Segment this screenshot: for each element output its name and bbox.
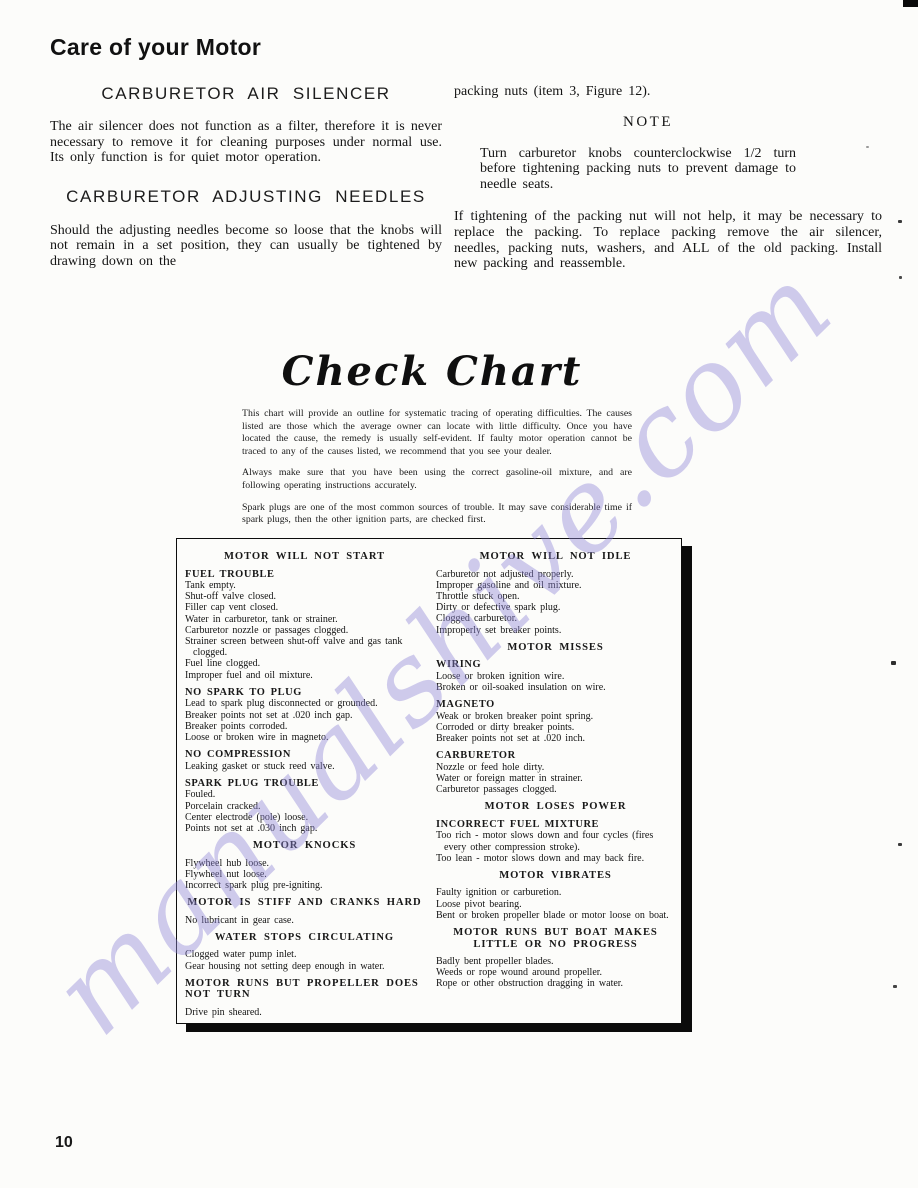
chart-section-header: MOTOR VIBRATES [436, 870, 675, 882]
chart-group-label: MAGNETO [436, 699, 675, 711]
chart-cause-group: Flywheel hub loose.Flywheel nut loose.In… [185, 858, 424, 892]
chart-cause-group: INCORRECT FUEL MIXTUREToo rich - motor s… [436, 819, 675, 864]
chart-section-header: MOTOR MISSES [436, 642, 675, 654]
chart-cause-item: Breaker points not set at .020 inch. [436, 733, 675, 744]
chart-cause-item: Breaker points not set at .020 inch gap. [185, 710, 424, 721]
chart-cause-group: FUEL TROUBLETank empty.Shut-off valve cl… [185, 569, 424, 681]
chart-cause-item: Bent or broken propeller blade or motor … [436, 910, 675, 921]
chart-cause-item: Shut-off valve closed. [185, 591, 424, 602]
chart-cause-item: Broken or oil-soaked insulation on wire. [436, 682, 675, 693]
chart-cause-group: MAGNETOWeak or broken breaker point spri… [436, 699, 675, 744]
chart-section-header: MOTOR LOSES POWER [436, 801, 675, 813]
chart-cause-item: Loose or broken wire in magneto. [185, 732, 424, 743]
continuation-paragraph: packing nuts (item 3, Figure 12). [454, 84, 882, 100]
chart-cause-group: NO COMPRESSIONLeaking gasket or stuck re… [185, 749, 424, 772]
chart-column-motor-will-not-idle: MOTOR WILL NOT IDLECarburetor not adjust… [436, 549, 675, 1017]
chart-cause-item: Carburetor nozzle or passages clogged. [185, 625, 424, 636]
chart-cause-item: Fouled. [185, 789, 424, 800]
chart-section-header: MOTOR RUNS BUT PROPELLER DOES NOT TURN [185, 978, 424, 1001]
note-paragraph: Turn carburetor knobs counterclockwise 1… [480, 146, 796, 193]
adjusting-needles-heading: CARBURETOR ADJUSTING NEEDLES [50, 187, 442, 207]
chart-cause-item: Breaker points corroded. [185, 721, 424, 732]
chart-cause-item: Improperly set breaker points. [436, 625, 675, 636]
chart-cause-group: Badly bent propeller blades.Weeds or rop… [436, 956, 675, 990]
chart-cause-item: Drive pin sheared. [185, 1007, 424, 1018]
right-text-column: packing nuts (item 3, Figure 12). NOTE T… [454, 84, 882, 272]
chart-cause-item: Flywheel hub loose. [185, 858, 424, 869]
scan-speck [898, 220, 902, 223]
chart-cause-item: Dirty or defective spark plug. [436, 602, 675, 613]
page-title: Care of your Motor [50, 34, 261, 61]
chart-cause-item: No lubricant in gear case. [185, 915, 424, 926]
chart-group-label: INCORRECT FUEL MIXTURE [436, 819, 675, 831]
chart-cause-item: Leaking gasket or stuck reed valve. [185, 761, 424, 772]
chart-cause-item: Clogged water pump inlet. [185, 949, 424, 960]
page-number: 10 [55, 1134, 73, 1152]
chart-cause-group: NO SPARK TO PLUGLead to spark plug disco… [185, 687, 424, 743]
chart-cause-item: Clogged carburetor. [436, 613, 675, 624]
chart-cause-item: Faulty ignition or carburetion. [436, 887, 675, 898]
check-chart-intro: This chart will provide an outline for s… [242, 408, 632, 536]
chart-group-label: NO COMPRESSION [185, 749, 424, 761]
chart-cause-item: Porcelain cracked. [185, 801, 424, 812]
chart-section-header: MOTOR KNOCKS [185, 840, 424, 852]
chart-cause-group: Clogged water pump inlet.Gear housing no… [185, 949, 424, 971]
chart-cause-item: Carburetor not adjusted properly. [436, 569, 675, 580]
chart-cause-item: Improper fuel and oil mixture. [185, 670, 424, 681]
chart-cause-item: Fuel line clogged. [185, 658, 424, 669]
scan-corner-mark [903, 0, 918, 7]
chart-cause-item: Throttle stuck open. [436, 591, 675, 602]
chart-section-header: WATER STOPS CIRCULATING [185, 932, 424, 944]
chart-group-label: SPARK PLUG TROUBLE [185, 778, 424, 790]
scan-speck [899, 276, 902, 279]
check-chart-box: MOTOR WILL NOT STARTFUEL TROUBLETank emp… [176, 538, 682, 1024]
packing-replacement-paragraph: If tightening of the packing nut will no… [454, 209, 882, 271]
chart-cause-item: Points not set at .030 inch gap. [185, 823, 424, 834]
air-silencer-paragraph: The air silencer does not function as a … [50, 119, 442, 166]
chart-cause-item: Corroded or dirty breaker points. [436, 722, 675, 733]
chart-cause-item: Improper gasoline and oil mixture. [436, 580, 675, 591]
chart-cause-item: Badly bent propeller blades. [436, 956, 675, 967]
chart-cause-group: No lubricant in gear case. [185, 915, 424, 926]
chart-section-header: MOTOR IS STIFF AND CRANKS HARD [185, 897, 424, 909]
chart-cause-item: Gear housing not setting deep enough in … [185, 961, 424, 972]
chart-cause-item: Loose pivot bearing. [436, 899, 675, 910]
chart-cause-item: Center electrode (pole) loose. [185, 812, 424, 823]
left-text-column: CARBURETOR AIR SILENCER The air silencer… [50, 84, 442, 270]
chart-section-header: MOTOR WILL NOT START [185, 551, 424, 563]
chart-cause-group: Carburetor not adjusted properly.Imprope… [436, 569, 675, 636]
chart-section-header: MOTOR RUNS BUT BOAT MAKES LITTLE OR NO P… [436, 927, 675, 950]
chart-cause-item: Too rich - motor slows down and four cyc… [436, 830, 675, 852]
scan-speck [891, 661, 896, 665]
chart-group-label: FUEL TROUBLE [185, 569, 424, 581]
chart-cause-group: Drive pin sheared. [185, 1007, 424, 1018]
chart-cause-item: Weak or broken breaker point spring. [436, 711, 675, 722]
chart-cause-item: Tank empty. [185, 580, 424, 591]
chart-cause-item: Lead to spark plug disconnected or groun… [185, 698, 424, 709]
chart-cause-item: Water or foreign matter in strainer. [436, 773, 675, 784]
adjusting-needles-paragraph: Should the adjusting needles become so l… [50, 223, 442, 270]
chart-cause-item: Incorrect spark plug pre-igniting. [185, 880, 424, 891]
chart-cause-item: Water in carburetor, tank or strainer. [185, 614, 424, 625]
note-heading: NOTE [454, 114, 842, 131]
chart-cause-item: Nozzle or feed hole dirty. [436, 762, 675, 773]
chart-cause-item: Too lean - motor slows down and may back… [436, 853, 675, 864]
chart-cause-group: CARBURETORNozzle or feed hole dirty.Wate… [436, 750, 675, 795]
chart-cause-item: Loose or broken ignition wire. [436, 671, 675, 682]
chart-column-motor-will-not-start: MOTOR WILL NOT STARTFUEL TROUBLETank emp… [185, 549, 424, 1017]
chart-group-label: CARBURETOR [436, 750, 675, 762]
chart-cause-item: Filler cap vent closed. [185, 602, 424, 613]
check-chart-intro-paragraph: Spark plugs are one of the most common s… [242, 502, 632, 527]
chart-cause-item: Carburetor passages clogged. [436, 784, 675, 795]
chart-cause-item: Strainer screen between shut-off valve a… [185, 636, 424, 658]
check-chart-intro-paragraph: Always make sure that you have been usin… [242, 467, 632, 492]
chart-cause-item: Weeds or rope wound around propeller. [436, 967, 675, 978]
manual-page: Care of your Motor CARBURETOR AIR SILENC… [0, 0, 918, 1188]
check-chart-title: Check Chart [176, 348, 688, 395]
chart-section-header: MOTOR WILL NOT IDLE [436, 551, 675, 563]
scan-speck [893, 985, 897, 988]
scan-speck [898, 843, 902, 846]
check-chart-intro-paragraph: This chart will provide an outline for s… [242, 408, 632, 458]
air-silencer-heading: CARBURETOR AIR SILENCER [50, 84, 442, 104]
chart-cause-item: Rope or other obstruction dragging in wa… [436, 978, 675, 989]
chart-group-label: NO SPARK TO PLUG [185, 687, 424, 699]
chart-cause-item: Flywheel nut loose. [185, 869, 424, 880]
chart-group-label: WIRING [436, 659, 675, 671]
chart-cause-group: SPARK PLUG TROUBLEFouled.Porcelain crack… [185, 778, 424, 834]
chart-cause-group: Faulty ignition or carburetion.Loose piv… [436, 887, 675, 921]
chart-cause-group: WIRINGLoose or broken ignition wire.Brok… [436, 659, 675, 693]
